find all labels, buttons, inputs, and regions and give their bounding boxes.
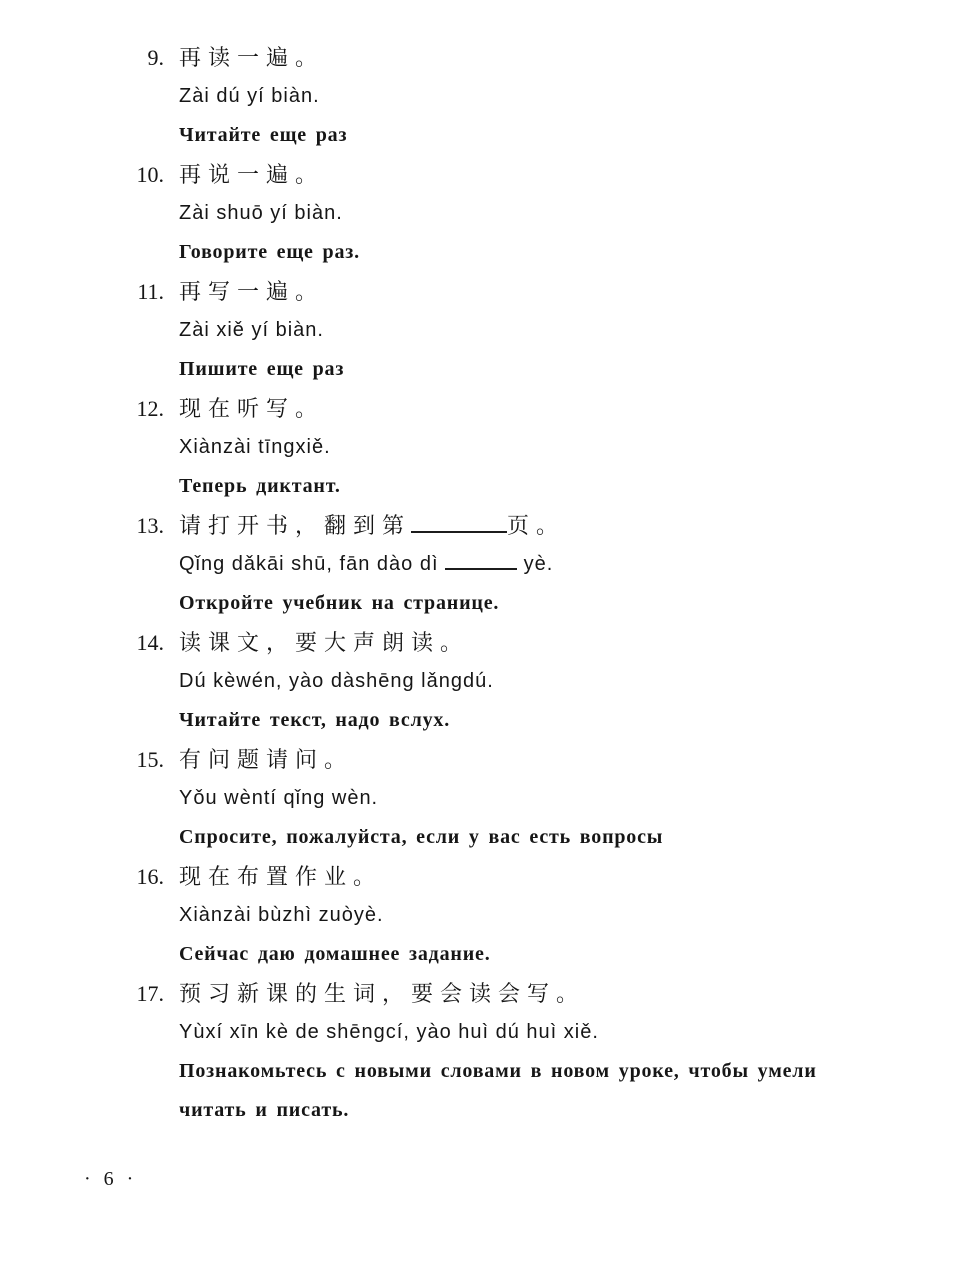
russian-text: Откройте учебник на странице. <box>179 584 499 623</box>
pinyin-text: Dú kèwén, yào dàshēng lǎngdú. <box>179 662 494 701</box>
pinyin-line: Xiànzài bùzhì zuòyè. <box>120 896 860 935</box>
page-number: · 6 · <box>84 1168 137 1191</box>
pinyin-text: Xiànzài bùzhì zuòyè. <box>179 896 384 935</box>
russian-text: Спросите, пожалуйста, если у вас есть во… <box>179 818 663 857</box>
phrase-item: 11. 再写一遍。 Zài xiě yí biàn. Пишите еще ра… <box>120 272 860 389</box>
pinyin-line: Dú kèwén, yào dàshēng lǎngdú. <box>120 662 860 701</box>
item-number: 10. <box>120 155 164 194</box>
chinese-line: 9. 再读一遍。 <box>120 38 860 77</box>
phrase-item: 9. 再读一遍。 Zài dú yí biàn. Читайте еще раз <box>120 38 860 155</box>
russian-text: Познакомьтесь с новыми словами в новом у… <box>179 1052 860 1130</box>
chinese-text: 再读一遍。 <box>179 38 324 77</box>
item-number: 13. <box>120 506 164 545</box>
chinese-line: 12. 现在听写。 <box>120 389 860 428</box>
scanned-textbook-page: 9. 再读一遍。 Zài dú yí biàn. Читайте еще раз… <box>0 0 960 1276</box>
item-number: 16. <box>120 857 164 896</box>
phrase-item: 17. 预习新课的生词，要会读会写。 Yùxí xīn kè de shēngc… <box>120 974 860 1130</box>
phrase-item: 10. 再说一遍。 Zài shuō yí biàn. Говорите еще… <box>120 155 860 272</box>
phrase-item: 14. 读课文，要大声朗读。 Dú kèwén, yào dàshēng lǎn… <box>120 623 860 740</box>
item-number: 9. <box>120 38 164 77</box>
chinese-text: 预习新课的生词，要会读会写。 <box>179 974 585 1013</box>
item-number: 14. <box>120 623 164 662</box>
russian-line: Читайте текст, надо вслух. <box>120 701 860 740</box>
chinese-text: 再写一遍。 <box>179 272 324 311</box>
pinyin-text: Zài xiě yí biàn. <box>179 311 324 350</box>
russian-line: Говорите еще раз. <box>120 233 860 272</box>
pinyin-text: Qǐng dǎkāi shū, fān dào dì yè. <box>179 545 553 584</box>
russian-text: Теперь диктант. <box>179 467 341 506</box>
pinyin-text: Yùxí xīn kè de shēngcí, yào huì dú huì x… <box>179 1013 599 1052</box>
pinyin-text: Xiànzài tīngxiě. <box>179 428 331 467</box>
chinese-line: 14. 读课文，要大声朗读。 <box>120 623 860 662</box>
fill-in-blank <box>411 512 507 533</box>
chinese-text: 读课文，要大声朗读。 <box>179 623 469 662</box>
russian-line: Спросите, пожалуйста, если у вас есть во… <box>120 818 860 857</box>
chinese-line: 13. 请打开书，翻到第页。 <box>120 506 860 545</box>
item-number: 15. <box>120 740 164 779</box>
pinyin-line: Zài dú yí biàn. <box>120 77 860 116</box>
russian-text: Сейчас даю домашнее задание. <box>179 935 491 974</box>
russian-line: Откройте учебник на странице. <box>120 584 860 623</box>
pinyin-text: Yǒu wèntí qǐng wèn. <box>179 779 378 818</box>
russian-text: Говорите еще раз. <box>179 233 360 272</box>
pinyin-line: Yǒu wèntí qǐng wèn. <box>120 779 860 818</box>
chinese-line: 11. 再写一遍。 <box>120 272 860 311</box>
pinyin-line: Zài xiě yí biàn. <box>120 311 860 350</box>
chinese-text: 再说一遍。 <box>179 155 324 194</box>
russian-line: Читайте еще раз <box>120 116 860 155</box>
russian-text: Читайте текст, надо вслух. <box>179 701 450 740</box>
chinese-line: 17. 预习新课的生词，要会读会写。 <box>120 974 860 1013</box>
pinyin-line: Qǐng dǎkāi shū, fān dào dì yè. <box>120 545 860 584</box>
pinyin-line: Xiànzài tīngxiě. <box>120 428 860 467</box>
chinese-text: 请打开书，翻到第页。 <box>179 506 565 545</box>
russian-text: Пишите еще раз <box>179 350 344 389</box>
chinese-text: 现在布置作业。 <box>179 857 382 896</box>
chinese-text: 现在听写。 <box>179 389 324 428</box>
russian-text: Читайте еще раз <box>179 116 347 155</box>
chinese-text: 有问题请问。 <box>179 740 353 779</box>
fill-in-blank <box>445 551 517 570</box>
pinyin-text: Zài dú yí biàn. <box>179 77 320 116</box>
russian-line: Познакомьтесь с новыми словами в новом у… <box>120 1052 860 1130</box>
russian-line: Сейчас даю домашнее задание. <box>120 935 860 974</box>
russian-line: Теперь диктант. <box>120 467 860 506</box>
chinese-line: 16. 现在布置作业。 <box>120 857 860 896</box>
chinese-line: 10. 再说一遍。 <box>120 155 860 194</box>
item-number: 11. <box>120 272 164 311</box>
russian-line: Пишите еще раз <box>120 350 860 389</box>
item-number: 12. <box>120 389 164 428</box>
item-number: 17. <box>120 974 164 1013</box>
phrase-item: 16. 现在布置作业。 Xiànzài bùzhì zuòyè. Сейчас … <box>120 857 860 974</box>
phrase-item: 12. 现在听写。 Xiànzài tīngxiě. Теперь диктан… <box>120 389 860 506</box>
phrase-item: 13. 请打开书，翻到第页。 Qǐng dǎkāi shū, fān dào d… <box>120 506 860 623</box>
phrase-item: 15. 有问题请问。 Yǒu wèntí qǐng wèn. Спросите,… <box>120 740 860 857</box>
pinyin-line: Yùxí xīn kè de shēngcí, yào huì dú huì x… <box>120 1013 860 1052</box>
pinyin-line: Zài shuō yí biàn. <box>120 194 860 233</box>
phrase-list: 9. 再读一遍。 Zài dú yí biàn. Читайте еще раз… <box>120 38 860 1130</box>
chinese-line: 15. 有问题请问。 <box>120 740 860 779</box>
pinyin-text: Zài shuō yí biàn. <box>179 194 343 233</box>
